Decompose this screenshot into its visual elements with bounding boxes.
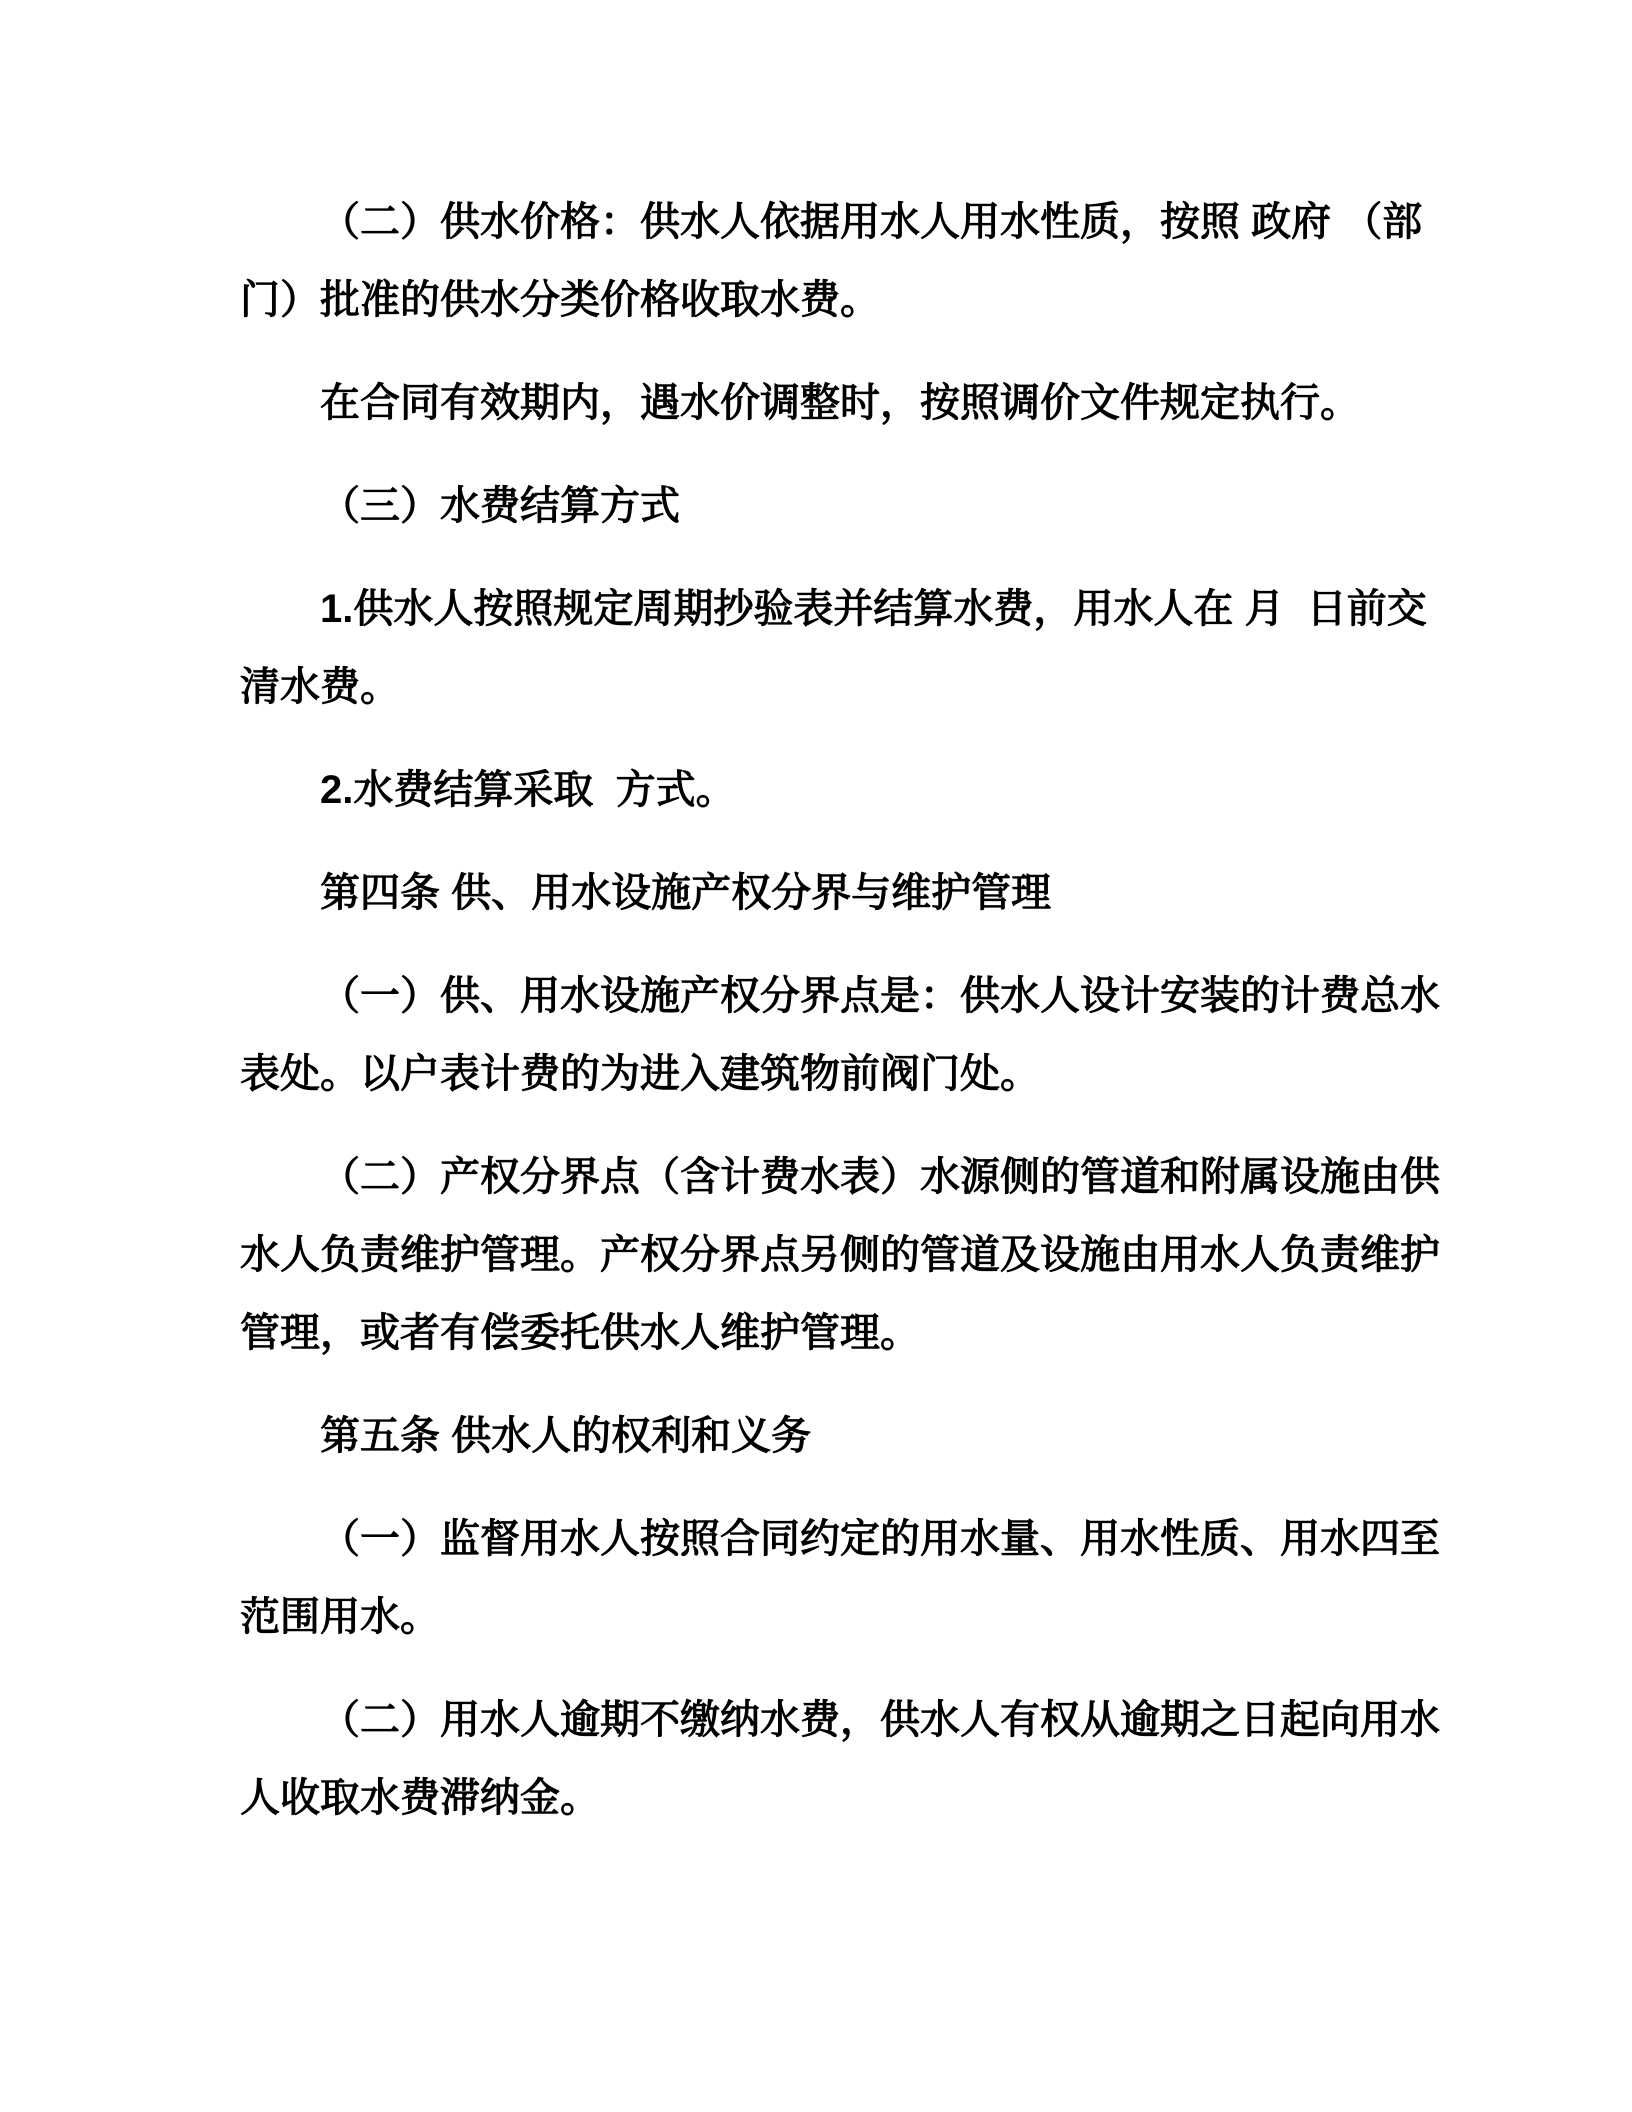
text-line: （一）监督用水人按照合同约定的用水量、用水性质、用水四至 (240, 1500, 1410, 1578)
paragraph: （二）用水人逾期不缴纳水费，供水人有权从逾期之日起向用水人收取水费滞纳金。 (240, 1681, 1410, 1837)
paragraph: （二）供水价格：供水人依据用水人用水性质，按照 政府 （部门）批准的供水分类价格… (240, 183, 1410, 339)
document-page: （二）供水价格：供水人依据用水人用水性质，按照 政府 （部门）批准的供水分类价格… (0, 0, 1632, 2112)
paragraph: 在合同有效期内，遇水价调整时，按照调价文件规定执行。 (240, 364, 1410, 442)
text-line: 管理，或者有偿委托供水人维护管理。 (240, 1294, 1410, 1372)
text-body: （二）供水价格：供水人依据用水人用水性质，按照 政府 （部门）批准的供水分类价格… (240, 183, 1410, 1862)
text-line: （三）水费结算方式 (240, 467, 1410, 545)
paragraph: 第五条 供水人的权利和义务 (240, 1397, 1410, 1475)
text-line: 在合同有效期内，遇水价调整时，按照调价文件规定执行。 (240, 364, 1410, 442)
paragraph: 2.水费结算采取 方式。 (240, 751, 1410, 829)
paragraph: （一）供、用水设施产权分界点是：供水人设计安装的计费总水表处。以户表计费的为进入… (240, 957, 1410, 1113)
paragraph: （一）监督用水人按照合同约定的用水量、用水性质、用水四至范围用水。 (240, 1500, 1410, 1656)
paragraph: 1.供水人按照规定周期抄验表并结算水费，用水人在 月 日前交清水费。 (240, 570, 1410, 726)
text-line: 清水费。 (240, 648, 1410, 726)
text-line: （二）用水人逾期不缴纳水费，供水人有权从逾期之日起向用水 (240, 1681, 1410, 1759)
text-line: （二）产权分界点（含计费水表）水源侧的管道和附属设施由供 (240, 1138, 1410, 1216)
paragraph: （二）产权分界点（含计费水表）水源侧的管道和附属设施由供水人负责维护管理。产权分… (240, 1138, 1410, 1372)
text-line: 2.水费结算采取 方式。 (240, 751, 1410, 829)
paragraph: （三）水费结算方式 (240, 467, 1410, 545)
paragraph: 第四条 供、用水设施产权分界与维护管理 (240, 854, 1410, 932)
text-line: 第四条 供、用水设施产权分界与维护管理 (240, 854, 1410, 932)
text-line: 表处。以户表计费的为进入建筑物前阀门处。 (240, 1035, 1410, 1113)
text-line: （一）供、用水设施产权分界点是：供水人设计安装的计费总水 (240, 957, 1410, 1035)
text-line: 人收取水费滞纳金。 (240, 1759, 1410, 1837)
text-line: 水人负责维护管理。产权分界点另侧的管道及设施由用水人负责维护 (240, 1216, 1410, 1294)
text-line: 范围用水。 (240, 1578, 1410, 1656)
text-line: （二）供水价格：供水人依据用水人用水性质，按照 政府 （部 (240, 183, 1410, 261)
text-line: 1.供水人按照规定周期抄验表并结算水费，用水人在 月 日前交 (240, 570, 1410, 648)
text-line: 第五条 供水人的权利和义务 (240, 1397, 1410, 1475)
text-line: 门）批准的供水分类价格收取水费。 (240, 261, 1410, 339)
